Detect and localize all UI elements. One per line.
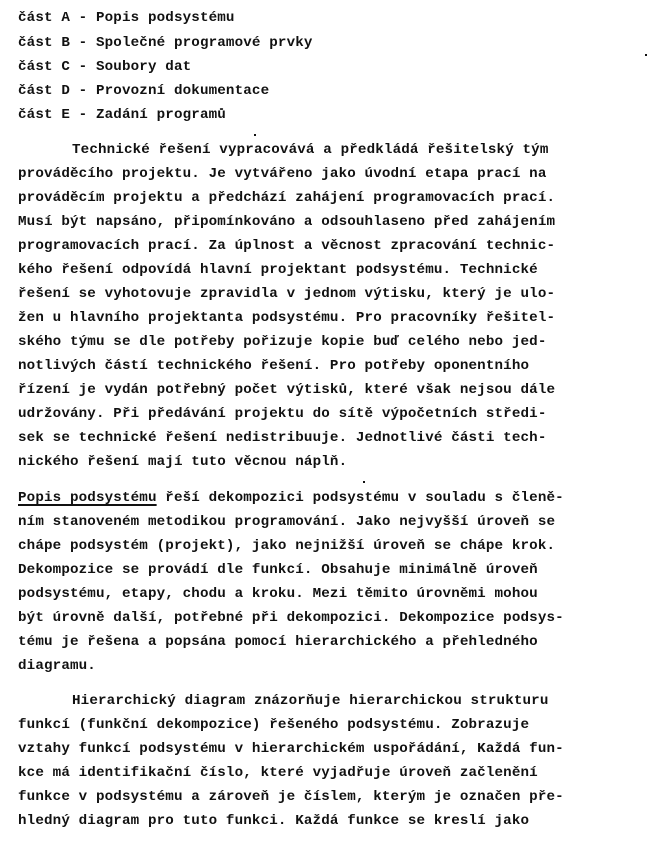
document-page: část A - Popis podsystému část B - Spole… <box>0 0 668 850</box>
text-line: Technické řešení vypracovává a předkládá… <box>72 142 549 158</box>
text-line: notlivých částí technického řešení. Pro … <box>18 358 529 374</box>
text-line: nického řešení mají tuto věcnou náplň. <box>18 454 347 470</box>
text-line: podsystému, etapy, chodu a kroku. Mezi t… <box>18 586 538 602</box>
text-line: chápe podsystém (projekt), jako nejnižší… <box>18 538 555 554</box>
text-line: kce má identifikační číslo, které vyjadř… <box>18 765 538 781</box>
text-line: Popis podsystému řeší dekompozici podsys… <box>18 490 564 506</box>
contents-item: část A - Popis podsystému <box>18 10 235 26</box>
text-line: prováděcím projektu a předchází zahájení… <box>18 190 555 206</box>
text-line: prováděcího projektu. Je vytvářeno jako … <box>18 166 547 182</box>
scan-speck <box>363 481 365 483</box>
text-line: ním stanoveném metodikou programování. J… <box>18 514 555 530</box>
text-line: ského týmu se dle potřeby pořizuje kopie… <box>18 334 547 350</box>
text-line: funkce v podsystému a zároveň je číslem,… <box>18 789 564 805</box>
contents-item: část B - Společné programové prvky <box>18 35 313 51</box>
text-line: být úrovně další, potřebné při dekompozi… <box>18 610 564 626</box>
section-heading: Popis podsystému <box>18 490 157 506</box>
text-line: tému je řešena a popsána pomocí hierarch… <box>18 634 538 650</box>
contents-item: část D - Provozní dokumentace <box>18 83 269 99</box>
text-line: řešení se vyhotovuje zpravidla v jednom … <box>18 286 555 302</box>
text-line: hledný diagram pro tuto funkci. Každá fu… <box>18 813 529 829</box>
text-line: Musí být napsáno, připomínkováno a odsou… <box>18 214 555 230</box>
text-line: udržovány. Při předávání projektu do sít… <box>18 406 547 422</box>
text-line: řízení je vydán potřebný počet výtisků, … <box>18 382 555 398</box>
scan-speck <box>645 54 647 56</box>
text-line: sek se technické řešení nedistribuuje. J… <box>18 430 547 446</box>
contents-item: část E - Zadání programů <box>18 107 226 123</box>
text-line: diagramu. <box>18 658 96 674</box>
text-line: programovacích prací. Za úplnost a věcno… <box>18 238 555 254</box>
text-line: Dekompozice se provádí dle funkcí. Obsah… <box>18 562 538 578</box>
text-line: funkcí (funkční dekompozice) řešeného po… <box>18 717 529 733</box>
text-line: kého řešení odpovídá hlavní projektant p… <box>18 262 538 278</box>
contents-item: část C - Soubory dat <box>18 59 191 75</box>
text-line: vztahy funkcí podsystému v hierarchickém… <box>18 741 564 757</box>
text-line: žen u hlavního projektanta podsystému. P… <box>18 310 555 326</box>
text-fragment: řeší dekompozici podsystému v souladu s … <box>157 490 564 506</box>
scan-speck <box>254 134 256 136</box>
text-line: Hierarchický diagram znázorňuje hierarch… <box>72 693 549 709</box>
